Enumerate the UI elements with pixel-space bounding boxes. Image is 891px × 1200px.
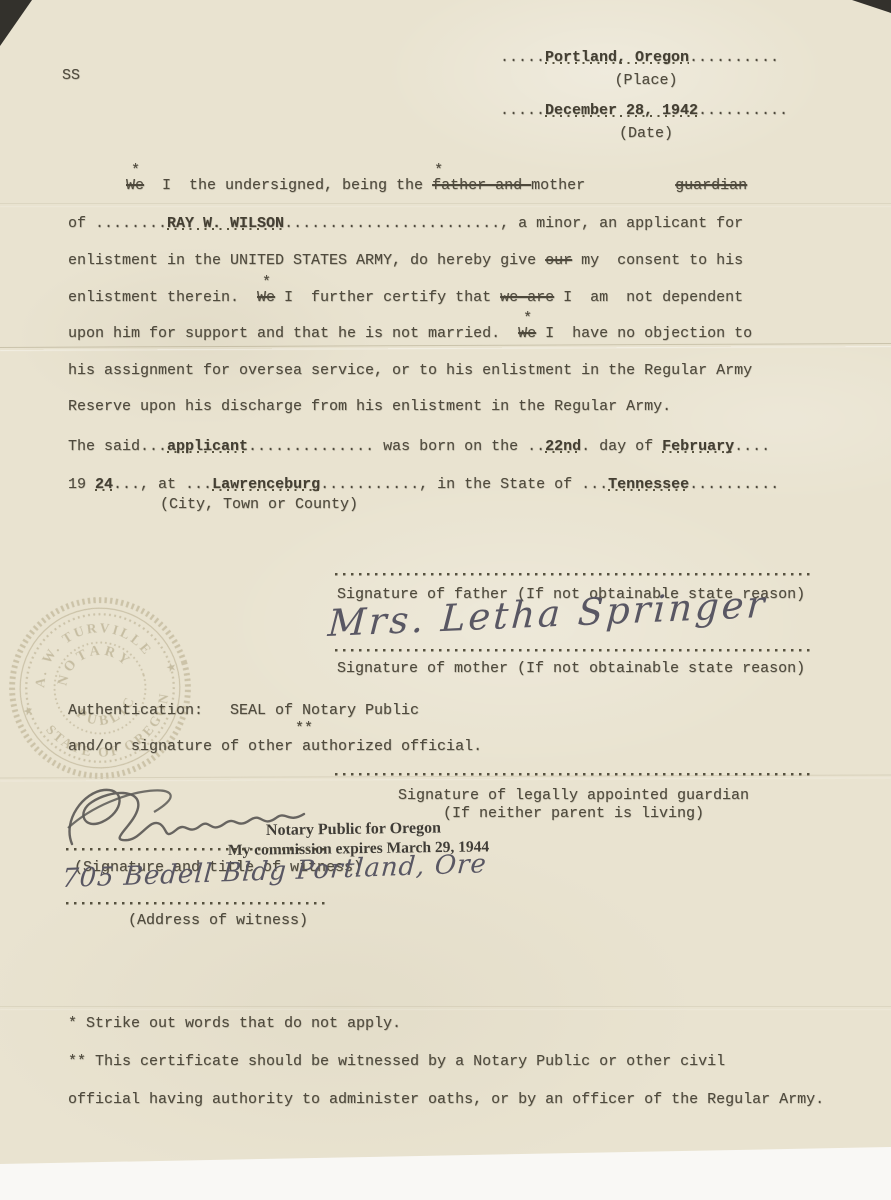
struck-text: guardian (675, 177, 747, 194)
applicant-name: RAY W. WILSON (167, 215, 284, 232)
fold-crease (0, 203, 891, 206)
body-line-9: 19 24..., at ...Lawrenceburg...........,… (68, 475, 779, 494)
text-segment: upon him for support and that he is not … (68, 325, 518, 342)
mother-signature-label: Signature of mother (If not obtainable s… (337, 659, 805, 678)
footnote-1: * Strike out words that do not apply. (68, 1014, 401, 1033)
body-line-1: *We I the undersigned, being the *father… (126, 176, 747, 195)
body-line-6: his assignment for oversea service, or t… (68, 361, 752, 380)
dot-leader: ..... (500, 49, 545, 66)
place-value: Portland, Oregon (545, 49, 689, 66)
text-segment: of ........ (68, 215, 167, 232)
place-label: (Place) (500, 71, 792, 90)
date-label: (Date) (500, 124, 792, 143)
seal-star-left-icon: ★ (21, 703, 36, 720)
city-label: (City, Town or County) (160, 495, 358, 514)
text-segment: my consent to his (572, 252, 743, 269)
text-segment: his assignment for oversea service, or t… (68, 362, 752, 379)
guardian-signature-line (335, 773, 812, 776)
seal-star-right-icon: ★ (164, 659, 179, 676)
dot-leader: .... (734, 438, 770, 455)
text-segment: I further certify that (275, 289, 500, 306)
struck-text: our (545, 252, 572, 269)
footnote-3: official having authority to administer … (68, 1090, 824, 1109)
mother-signature-line (335, 649, 812, 652)
text-segment: , a minor, an applicant for (500, 215, 743, 232)
body-line-2: of ........RAY W. WILSON................… (68, 214, 743, 233)
struck-word: *father and (432, 176, 531, 195)
text-segment: I have no objection to (536, 325, 752, 342)
text-segment: Reserve upon his discharge from his enli… (68, 398, 671, 415)
dot-leader: ..... (500, 102, 545, 119)
body-line-5: upon him for support and that he is not … (68, 324, 752, 343)
body-line-3: enlistment in the UNITED STATES ARMY, do… (68, 251, 743, 270)
text-segment: mother (531, 177, 675, 194)
struck-text: we are (500, 289, 554, 306)
authentication-line-1: Authentication: SEAL of Notary Public (68, 701, 419, 720)
footnote-2: ** This certificate should be witnessed … (68, 1052, 725, 1071)
body-line-4: enlistment therein. *We I further certif… (68, 288, 743, 307)
text-segment: . day of (581, 438, 662, 455)
text-segment: enlistment therein. (68, 289, 257, 306)
footnote-marker: * (262, 273, 271, 292)
struck-text: father and (432, 177, 531, 194)
authentication-line-2: and/or signature of other authorized off… (68, 737, 482, 756)
witness-address-line (66, 902, 330, 905)
fill-word-city: Lawrenceburg (212, 476, 320, 493)
text-segment: 19 (68, 476, 95, 493)
fill-word-state: Tennessee (608, 476, 689, 493)
text-segment: I am not dependent (554, 289, 743, 306)
double-footnote-marker: ** (295, 719, 313, 738)
fill-word-day: 22nd (545, 438, 581, 455)
ss-label: SS (62, 66, 80, 85)
footnote-marker: * (434, 161, 443, 180)
dot-leader: ........................ (284, 215, 500, 232)
text-segment: enlistment in the UNITED STATES ARMY, do… (68, 252, 545, 269)
footnote-marker: * (523, 309, 532, 328)
fold-crease (0, 1006, 891, 1009)
text-segment: ..., at ... (113, 476, 212, 493)
footnote-marker: * (131, 161, 140, 180)
dot-leader: .......... (698, 102, 788, 119)
dot-leader: .......... (689, 476, 779, 493)
father-signature-line (335, 573, 812, 576)
date-value: December 28, 1942 (545, 102, 698, 119)
fill-word-applicant: applicant (167, 438, 248, 455)
struck-word: *We (126, 176, 144, 195)
scanned-document: A. W. TURVILLE STATE OF OREGON NOTARY PU… (0, 0, 891, 1200)
notary-stamp-title: Notary Public for Oregon (266, 820, 441, 840)
struck-word: *We (518, 324, 536, 343)
body-line-8: The said...applicant.............. was b… (68, 437, 770, 456)
fill-word-year: 24 (95, 476, 113, 493)
fill-word-month: February (662, 438, 734, 455)
body-line-7: Reserve upon his discharge from his enli… (68, 397, 671, 416)
struck-word: *We (257, 288, 275, 307)
place-line: .....Portland, Oregon.......... (500, 48, 779, 67)
text-segment: .............. was born on the .. (248, 438, 545, 455)
witness-signature-line (66, 848, 330, 851)
guardian-signature-label: Signature of legally appointed guardian (335, 786, 812, 805)
date-line: .....December 28, 1942.......... (500, 101, 788, 120)
text-segment: I the undersigned, being the (144, 177, 432, 194)
witness-address-label: (Address of witness) (128, 911, 308, 930)
text-segment: The said... (68, 438, 167, 455)
text-segment: ..........., in the State of ... (320, 476, 608, 493)
dot-leader: .......... (689, 49, 779, 66)
